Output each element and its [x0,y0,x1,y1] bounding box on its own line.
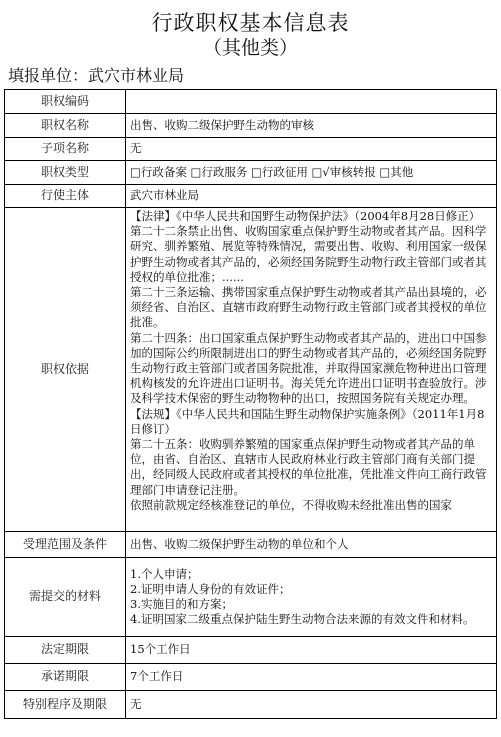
material-item: 3.实施目的和方案； [130,597,492,612]
row-name: 职权名称 出售、收购二级保护野生动物的审核 [5,114,497,138]
label-name: 职权名称 [5,114,126,138]
row-type: 职权类型 □行政备案 □行政服务 □行政征用 □√审核转报 □其他 [5,161,497,185]
basis-paragraph: 第二十四条：出口国家重点保护野生动物或者其产品的，进出口中国参加的国际公约所限制… [130,331,492,407]
label-materials: 需提交的材料 [5,558,126,637]
label-promised-deadline: 承诺期限 [5,664,126,691]
label-special-procedure: 特别程序及期限 [5,691,126,719]
label-type: 职权类型 [5,161,126,185]
label-code: 职权编码 [5,90,126,114]
material-item: 4.证明国家二级重点保护陆生野生动物合法来源的有效文件和材料。 [130,612,492,627]
label-subject: 行使主体 [5,185,126,208]
row-special-procedure: 特别程序及期限 无 [5,691,497,719]
row-promised-deadline: 承诺期限 7个工作日 [5,664,497,691]
row-basis: 职权依据 【法律】《中华人民共和国野生动物保护法》（2004年8月28日修正） … [5,208,497,532]
value-basis: 【法律】《中华人民共和国野生动物保护法》（2004年8月28日修正） 第二十二条… [126,208,497,532]
document-title: 行政职权基本信息表 [0,10,501,36]
row-legal-deadline: 法定期限 15个工作日 [5,637,497,664]
value-legal-deadline: 15个工作日 [126,637,497,664]
basis-paragraph: 依照前款规定经核准登记的单位，不得收购未经批准出售的国家 [130,498,492,513]
info-table: 职权编码 职权名称 出售、收购二级保护野生动物的审核 子项名称 无 职权类型 □… [4,89,497,719]
basis-paragraph: 第二十五条：收购驯养繁殖的国家重点保护野生动物或者其产品的单位，由省、自治区、直… [130,437,492,498]
value-subject: 武穴市林业局 [126,185,497,208]
label-sub-item: 子项名称 [5,138,126,161]
material-item: 2.证明申请人身份的有效证件； [130,582,492,597]
value-promised-deadline: 7个工作日 [126,664,497,691]
value-name: 出售、收购二级保护野生动物的审核 [126,114,497,138]
reporting-unit: 填报单位：武穴市林业局 [8,66,184,86]
basis-paragraph: 【法规】《中华人民共和国陆生野生动物保护实施条例》（2011年1月8日修订） [130,407,492,437]
document-subtitle: （其他类） [0,36,501,60]
material-item: 1.个人申请； [130,567,492,582]
label-legal-deadline: 法定期限 [5,637,126,664]
basis-paragraph: 第二十二条禁止出售、收购国家重点保护野生动物或者其产品。因科学研究、驯养繁殖、展… [130,224,492,285]
row-sub-item: 子项名称 无 [5,138,497,161]
value-special-procedure: 无 [126,691,497,719]
row-subject: 行使主体 武穴市林业局 [5,185,497,208]
value-type: □行政备案 □行政服务 □行政征用 □√审核转报 □其他 [126,161,497,185]
value-code [126,90,497,114]
basis-paragraph: 【法律】《中华人民共和国野生动物保护法》（2004年8月28日修正） [130,209,492,224]
basis-paragraph: 第二十三条运输、携带国家重点保护野生动物或者其产品出县境的，必须经省、自治区、直… [130,285,492,331]
row-materials: 需提交的材料 1.个人申请； 2.证明申请人身份的有效证件； 3.实施目的和方案… [5,558,497,637]
label-scope: 受理范围及条件 [5,532,126,558]
value-scope: 出售、收购二级保护野生动物的单位和个人 [126,532,497,558]
row-code: 职权编码 [5,90,497,114]
label-basis: 职权依据 [5,208,126,532]
value-sub-item: 无 [126,138,497,161]
value-materials: 1.个人申请； 2.证明申请人身份的有效证件； 3.实施目的和方案； 4.证明国… [126,558,497,637]
row-scope: 受理范围及条件 出售、收购二级保护野生动物的单位和个人 [5,532,497,558]
